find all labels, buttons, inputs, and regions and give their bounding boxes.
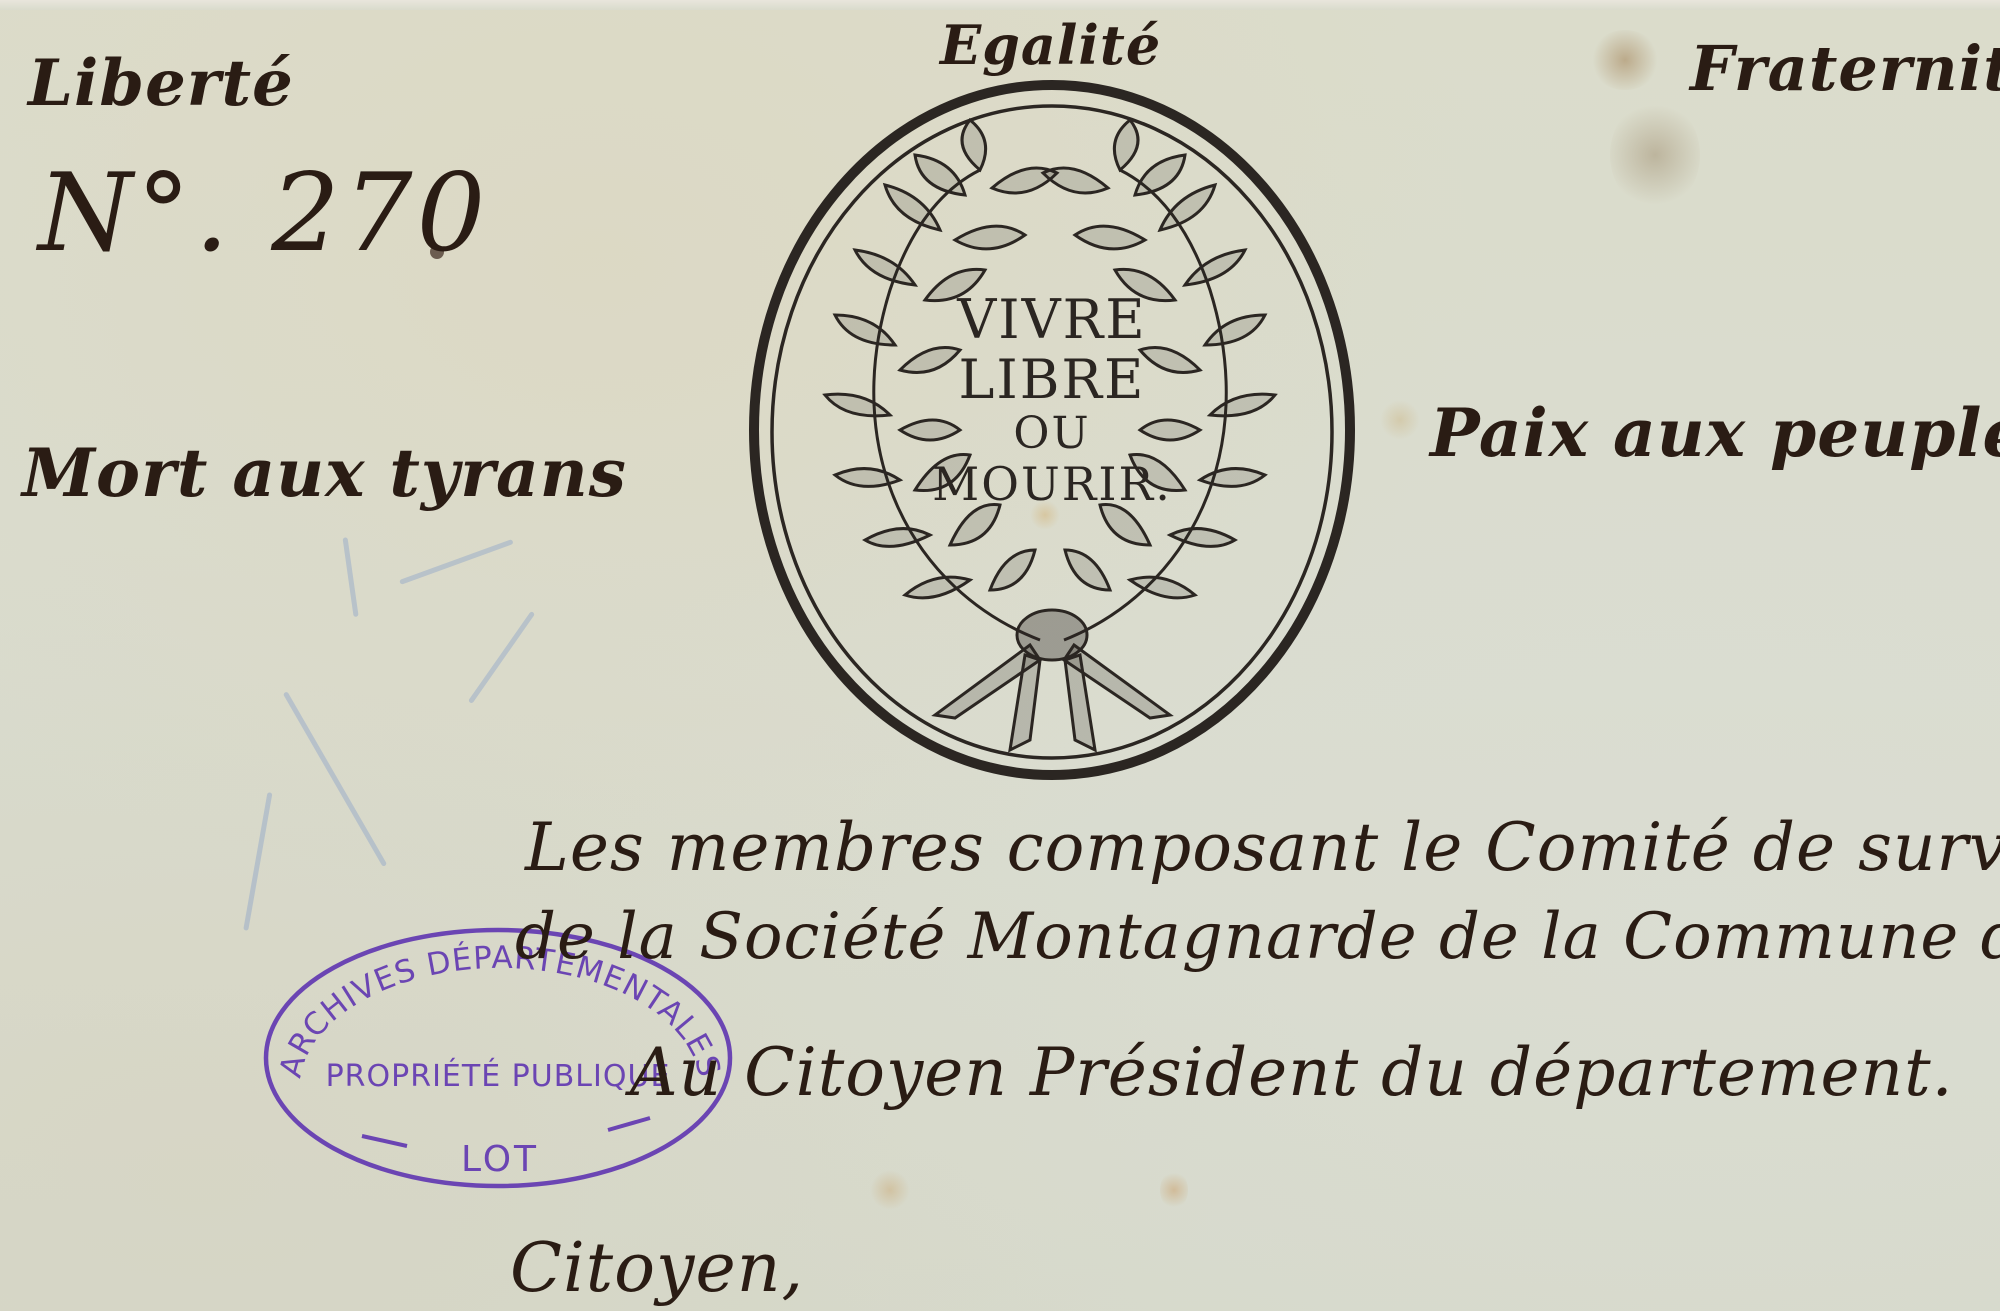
archive-stamp-center-text: PROPRIÉTÉ PUBLIQUE [326, 1058, 671, 1094]
motto-fraternite: Fraternité. [1690, 38, 2000, 100]
foxing-spot [1160, 1170, 1188, 1210]
foxing-spot [1590, 30, 1660, 90]
body-line-3-recipient: Au Citoyen Président du département. [630, 1040, 1954, 1106]
republican-seal: VIVRE LIBRE OU MOURIR. [740, 70, 1370, 790]
seal-text-vivre: VIVRE [956, 288, 1146, 351]
foxing-spot [870, 1170, 910, 1210]
motto-mort-aux-tyrans: Mort aux tyrans [22, 440, 627, 506]
foxing-spot [1610, 100, 1700, 210]
archive-stamp-dash-left [362, 1136, 407, 1146]
seal-text-mourir: MOURIR. [932, 457, 1172, 511]
seal-text-libre: LIBRE [959, 348, 1146, 411]
document-number: N°. 270 [38, 160, 489, 268]
archive-stamp-dash-right [608, 1118, 650, 1130]
body-line-1: Les membres composant le Comité de surve… [525, 815, 2000, 881]
archive-stamp-bottom-text: LOT [461, 1139, 539, 1180]
paper-top-edge [0, 0, 2000, 10]
seal-text-ou: OU [1013, 408, 1090, 459]
motto-paix-aux-peuples: Paix aux peuples. [1430, 400, 2000, 466]
salutation: Citoyen, [510, 1235, 804, 1303]
motto-egalite: Egalité [940, 18, 1161, 72]
foxing-spot [1380, 400, 1420, 440]
motto-liberte: Liberté [28, 52, 294, 116]
body-line-2: de la Société Montagnarde de la Commune … [515, 905, 2000, 969]
